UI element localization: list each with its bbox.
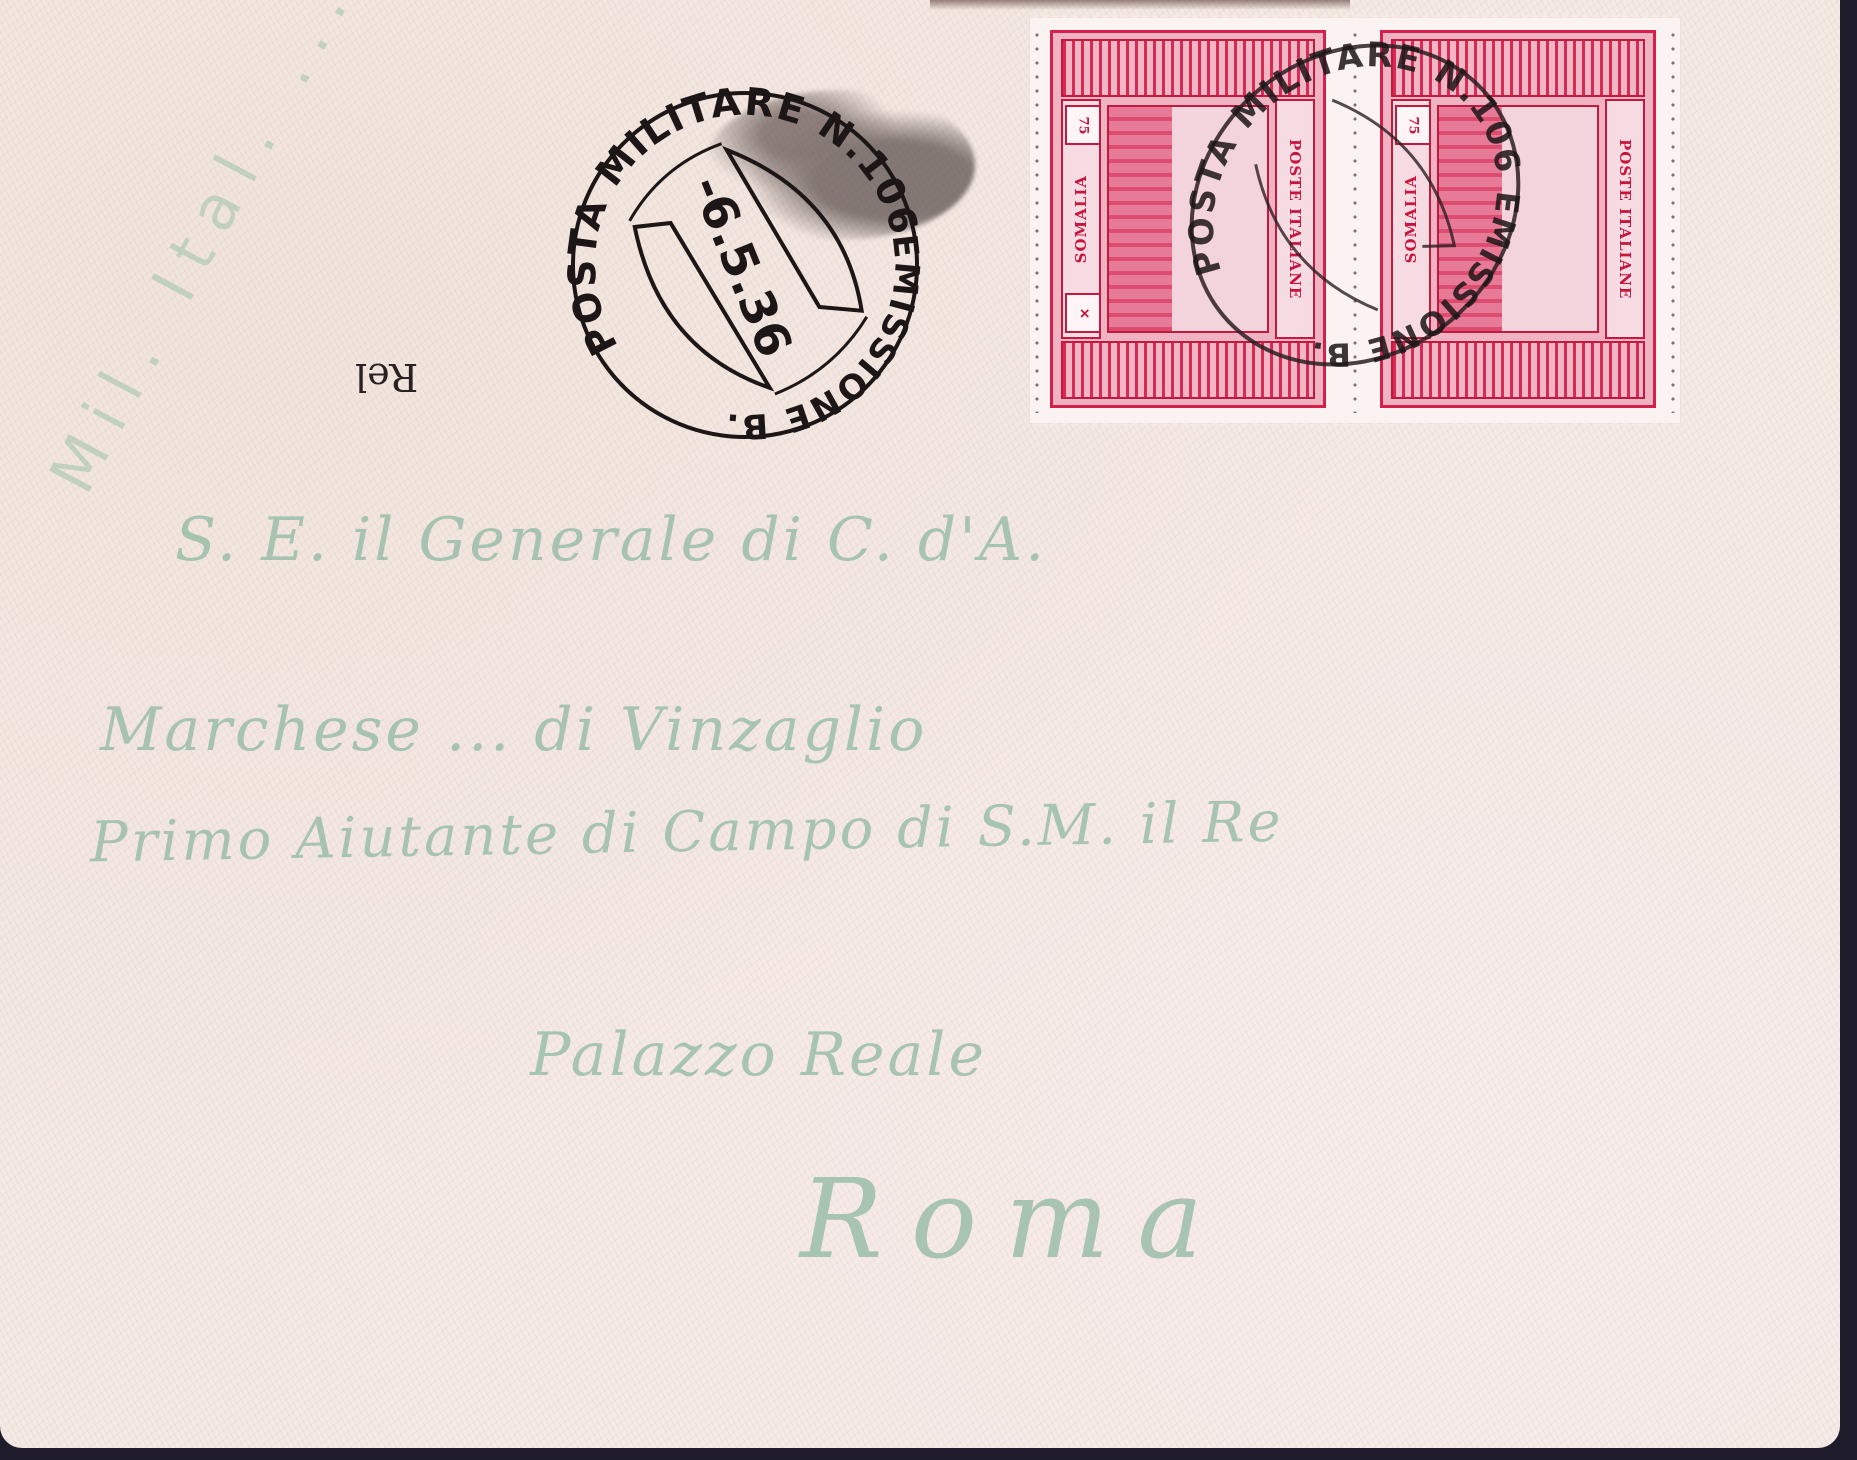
envelope-edge-shadow [930,0,1350,10]
svg-text:EMISSIONE B.: EMISSIONE B. [1290,170,1545,370]
postmark-right-svg: POSTA MILITARE N.106 EMISSIONE B. [1165,40,1545,370]
stamp-2-issuer-panel: POSTE ITALIANE [1605,99,1645,339]
perforation-right [1670,28,1676,413]
address-line-4: Palazzo Reale [530,1020,987,1090]
pencil-mark: Rel [355,355,418,399]
postmark-left-svg: POSTA MILITARE N.106 EMISSIONE B. -6.5.3… [565,85,925,445]
perforation-left [1034,28,1040,413]
address-line-1: S. E. il Generale di C. d'A. [175,505,1047,575]
address-line-3: Primo Aiutante di Campo di S.M. il Re [90,790,1285,876]
stamp-1-value: 75 [1065,105,1101,145]
address-line-2: Marchese ... di Vinzaglio [100,695,927,765]
sender-handwriting: Mil. Ital. ... [35,0,370,504]
stamp-1-value-emblem: ✕ [1065,293,1101,333]
envelope: Mil. Ital. ... Rel POSTA MILITARE N.106 … [0,0,1840,1448]
stamp-1-country: SOMALIA [1072,175,1090,263]
postmark-right-lower-text: EMISSIONE B. [1290,170,1545,370]
address-city: Roma [800,1155,1231,1283]
postmark-left: POSTA MILITARE N.106 EMISSIONE B. -6.5.3… [565,85,925,445]
stamp-2-issuer: POSTE ITALIANE [1616,139,1634,299]
postmark-right: POSTA MILITARE N.106 EMISSIONE B. [1165,40,1545,370]
